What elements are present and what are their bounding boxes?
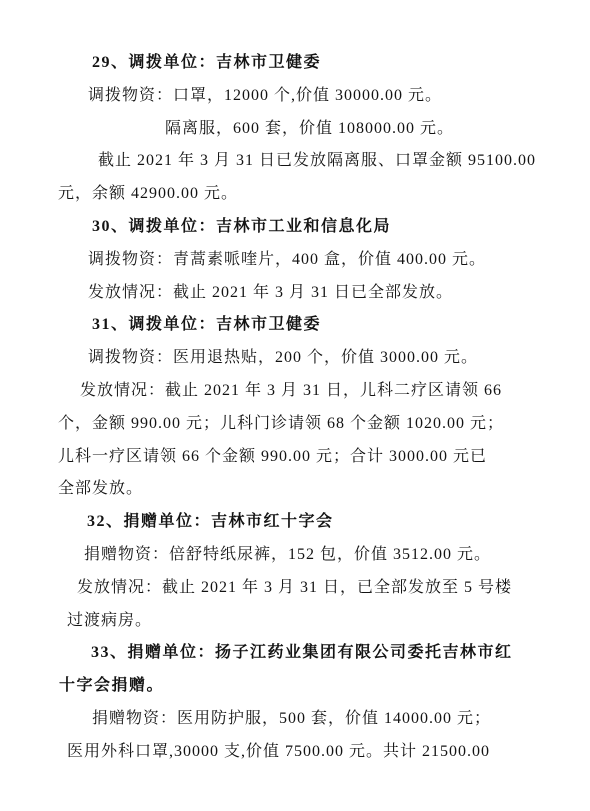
doc-line-materials-33a: 捐赠物资：医用防护服，500 套，价值 14000.00 元； [58,703,536,736]
doc-line-status-31a: 发放情况：截止 2021 年 3 月 31 日，儿科二疗区请领 66 [58,375,536,408]
section-heading-33a: 33、捐赠单位：扬子江药业集团有限公司委托吉林市红 [58,637,536,670]
doc-line-status-31d: 全部发放。 [58,473,536,506]
doc-line-status-31b: 个，金额 990.00 元；儿科门诊请领 68 个金额 1020.00 元； [58,408,536,441]
section-heading-29: 29、调拨单位：吉林市卫健委 [58,47,536,80]
doc-line-materials-30: 调拨物资：青蒿素哌喹片，400 盒，价值 400.00 元。 [58,244,536,277]
doc-line-materials-29: 调拨物资：口罩，12000 个,价值 30000.00 元。 [58,80,536,113]
doc-line-materials-29b: 隔离服，600 套，价值 108000.00 元。 [58,113,536,146]
document-body: 29、调拨单位：吉林市卫健委 调拨物资：口罩，12000 个,价值 30000.… [58,47,536,769]
section-heading-33b: 十字会捐赠。 [58,670,536,703]
doc-line-status-32a: 发放情况：截止 2021 年 3 月 31 日，已全部发放至 5 号楼 [58,572,536,605]
section-heading-32: 32、捐赠单位：吉林市红十字会 [58,506,536,539]
doc-line-status-31c: 儿科一疗区请领 66 个金额 990.00 元；合计 3000.00 元已 [58,441,536,474]
doc-line-status-29a: 截止 2021 年 3 月 31 日已发放隔离服、口罩金额 95100.00 [58,145,536,178]
doc-line-materials-31: 调拨物资：医用退热贴，200 个，价值 3000.00 元。 [58,342,536,375]
document-page: 29、调拨单位：吉林市卫健委 调拨物资：口罩，12000 个,价值 30000.… [0,0,590,811]
section-heading-31: 31、调拨单位：吉林市卫健委 [58,309,536,342]
doc-line-materials-33b: 医用外科口罩,30000 支,价值 7500.00 元。共计 21500.00 [58,736,536,769]
doc-line-status-32b: 过渡病房。 [58,605,536,638]
doc-line-status-29b: 元，余额 42900.00 元。 [58,178,536,211]
doc-line-status-30: 发放情况：截止 2021 年 3 月 31 日已全部发放。 [58,277,536,310]
section-heading-30: 30、调拨单位：吉林市工业和信息化局 [58,211,536,244]
doc-line-materials-32: 捐赠物资：倍舒特纸尿裤，152 包，价值 3512.00 元。 [58,539,536,572]
